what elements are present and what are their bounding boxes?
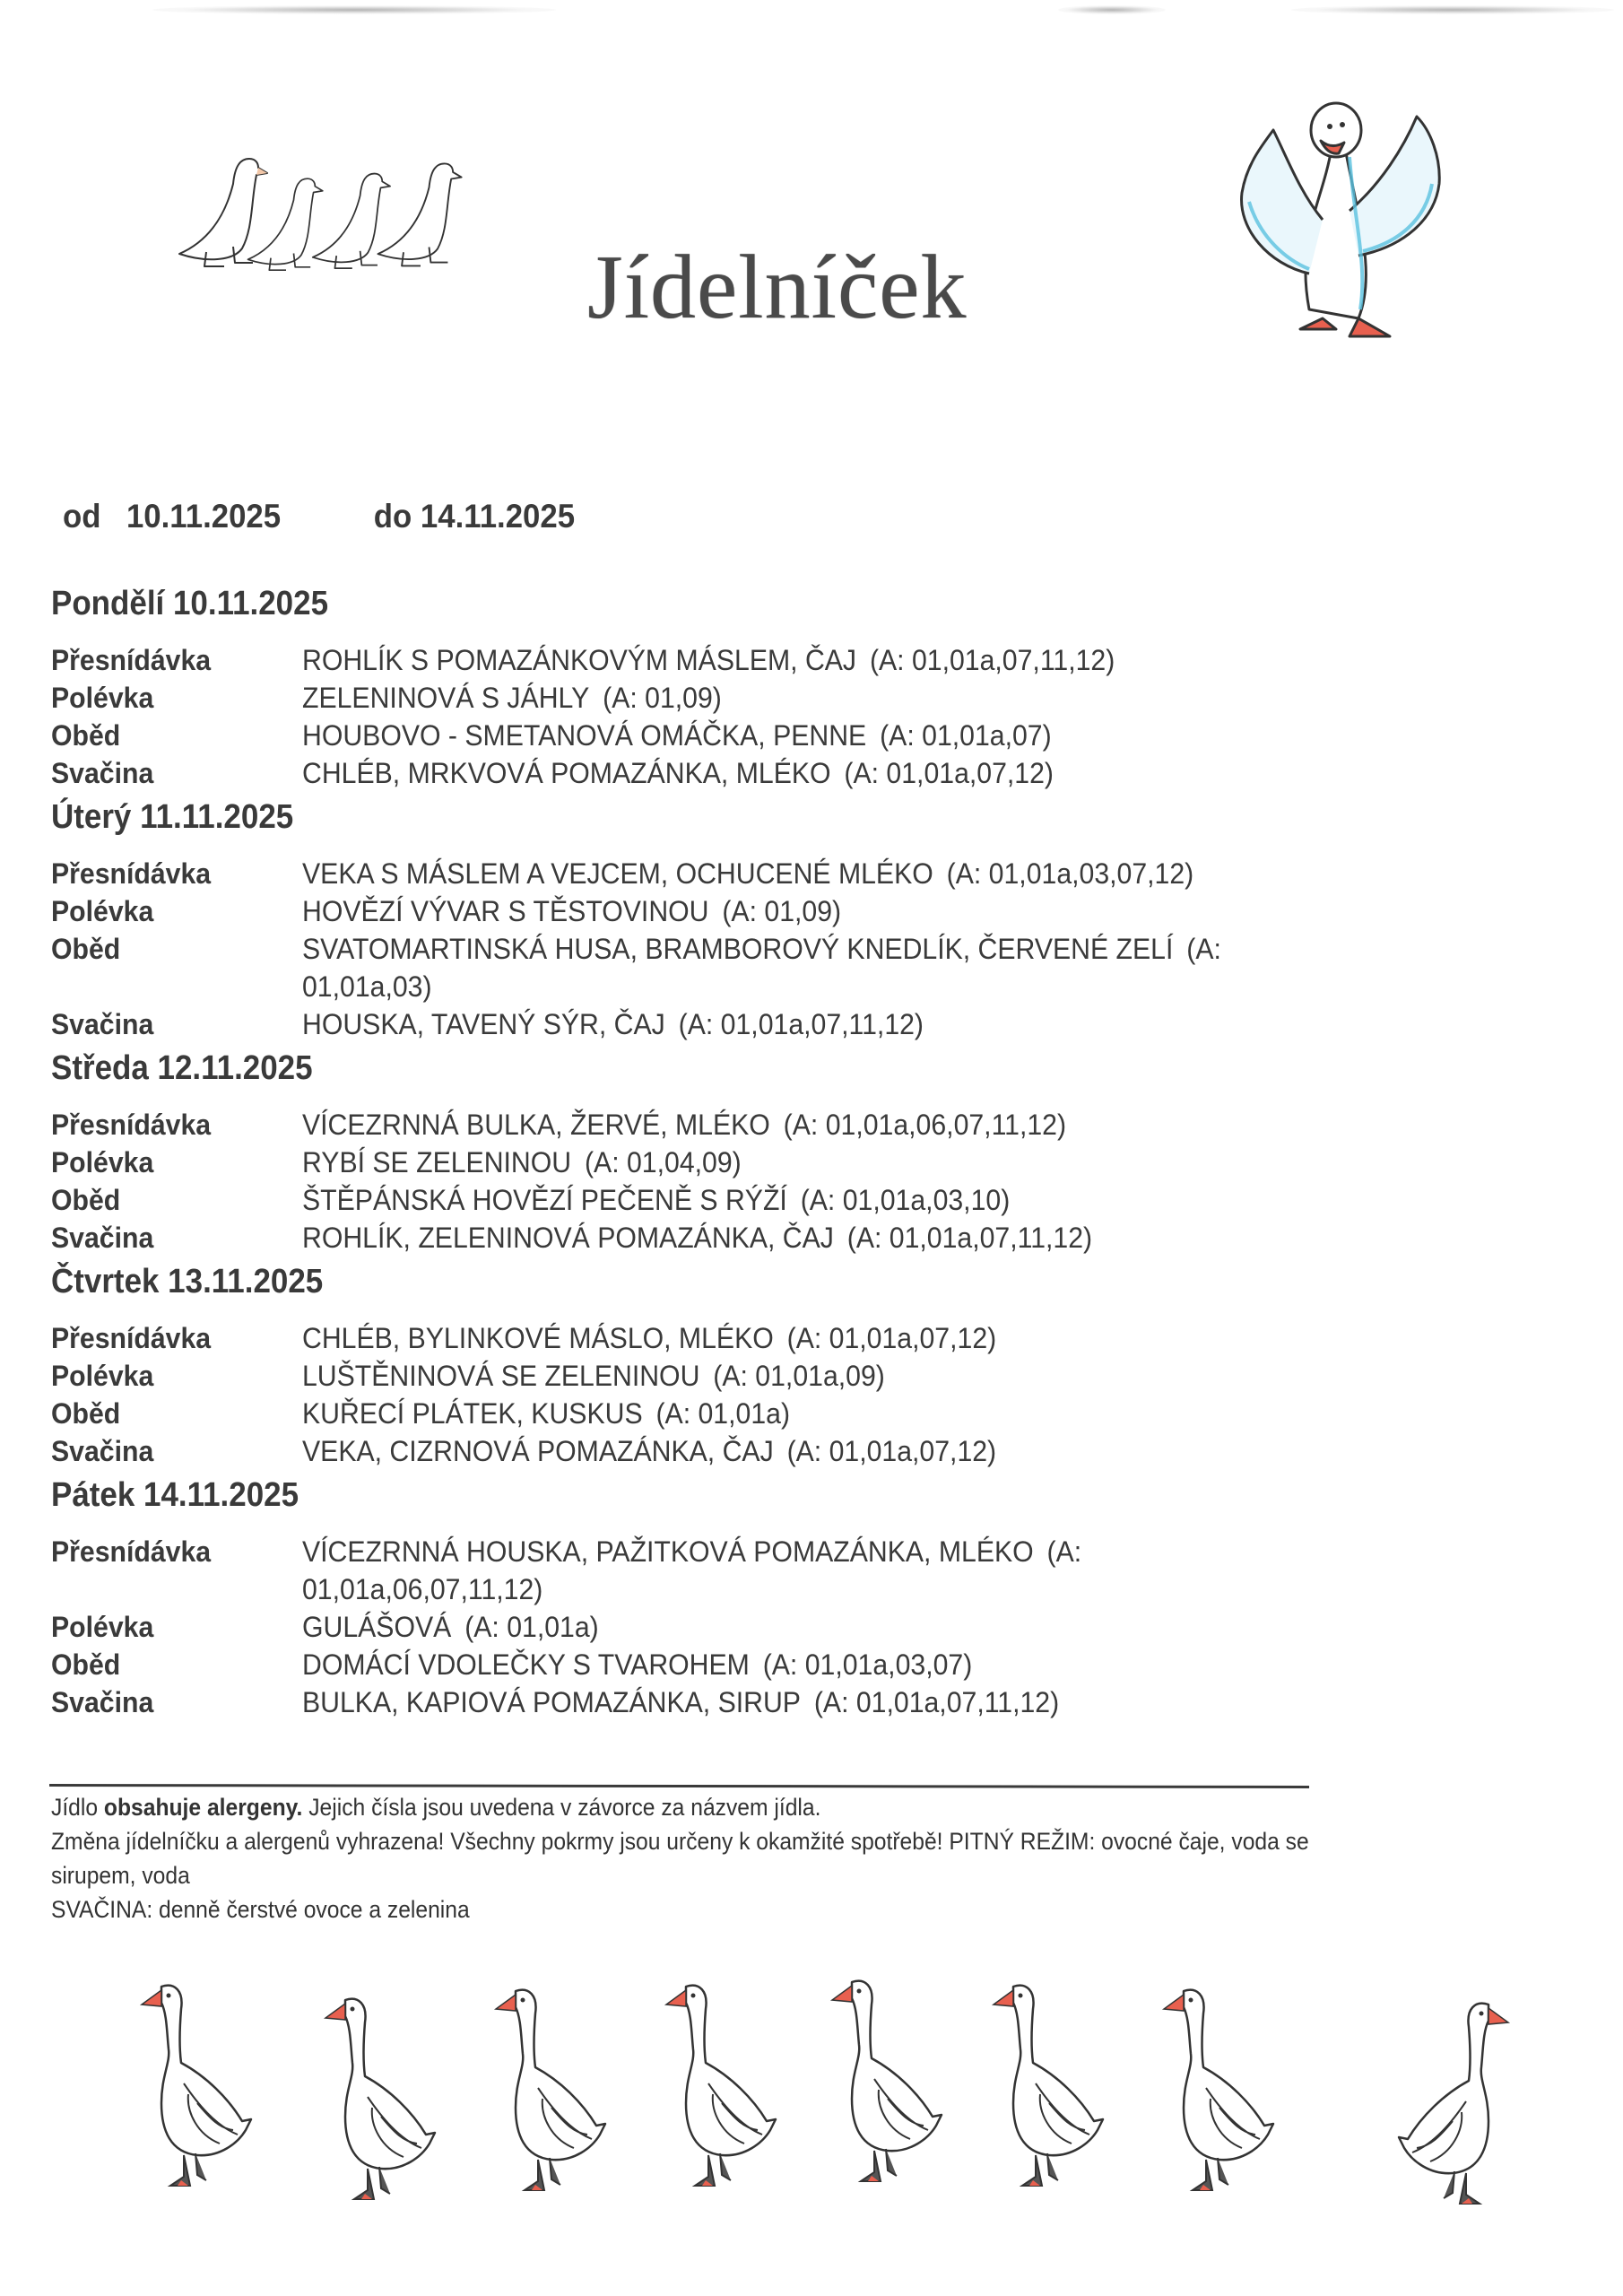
allergens: (A: 01,09) <box>722 895 841 927</box>
meal-row: PolévkaRYBÍ SE ZELENINOU(A: 01,04,09) <box>51 1144 1396 1181</box>
meal-dish: ROHLÍK S POMAZÁNKOVÝM MÁSLEM, ČAJ(A: 01,… <box>302 641 1286 679</box>
meal-dish: HOUBOVO - SMETANOVÁ OMÁČKA, PENNE(A: 01,… <box>302 717 1286 754</box>
meal-dish: ŠTĚPÁNSKÁ HOVĚZÍ PEČENĚ S RÝŽÍ(A: 01,01a… <box>302 1181 1286 1219</box>
swan-illustration-icon <box>1224 94 1457 345</box>
change-note: Změna jídelníčku a alergenů vyhrazena! V… <box>51 1824 1335 1892</box>
period-to-date: 14.11.2025 <box>421 498 575 535</box>
day-heading: Čtvrtek 13.11.2025 <box>51 1257 1289 1307</box>
meal-row: ObědDOMÁCÍ VDOLEČKY S TVAROHEM(A: 01,01a… <box>51 1646 1396 1683</box>
meal-row: ObědKUŘECÍ PLÁTEK, KUSKUS(A: 01,01a) <box>51 1395 1396 1432</box>
meal-row: PolévkaLUŠTĚNINOVÁ SE ZELENINOU(A: 01,01… <box>51 1357 1396 1395</box>
scan-edge-shadow <box>1291 5 1614 14</box>
meal-dish: ZELENINOVÁ S JÁHLY(A: 01,09) <box>302 679 1286 717</box>
meal-label: Svačina <box>51 1432 284 1470</box>
meal-row: PolévkaZELENINOVÁ S JÁHLY(A: 01,09) <box>51 679 1396 717</box>
period-to-label: do <box>374 498 412 535</box>
allergens: (A: 01,01a) <box>655 1397 790 1430</box>
ducks-illustration-icon <box>170 148 475 283</box>
meal-label: Polévka <box>51 892 284 930</box>
day-heading: Pátek 14.11.2025 <box>51 1470 1289 1520</box>
meal-row: ObědHOUBOVO - SMETANOVÁ OMÁČKA, PENNE(A:… <box>51 717 1396 754</box>
meal-row: SvačinaROHLÍK, ZELENINOVÁ POMAZÁNKA, ČAJ… <box>51 1219 1396 1257</box>
meal-row: PřesnídávkaCHLÉB, BYLINKOVÉ MÁSLO, MLÉKO… <box>51 1319 1396 1357</box>
meal-dish: LUŠTĚNINOVÁ SE ZELENINOU(A: 01,01a,09) <box>302 1357 1286 1395</box>
meal-label: Svačina <box>51 1219 284 1257</box>
allergens: (A: 01,01a,07) <box>880 719 1052 752</box>
day-heading: Pondělí 10.11.2025 <box>51 578 1289 629</box>
meal-label: Přesnídávka <box>51 641 284 679</box>
meal-row: PolévkaHOVĚZÍ VÝVAR S TĚSTOVINOU(A: 01,0… <box>51 892 1396 930</box>
meal-row: SvačinaHOUSKA, TAVENÝ SÝR, ČAJ(A: 01,01a… <box>51 1005 1396 1043</box>
meal-dish: BULKA, KAPIOVÁ POMAZÁNKA, SIRUP(A: 01,01… <box>302 1683 1286 1721</box>
meal-dish: CHLÉB, BYLINKOVÉ MÁSLO, MLÉKO(A: 01,01a,… <box>302 1319 1286 1357</box>
allergens: (A: 01,09) <box>603 682 722 714</box>
allergens: (A: 01,01a,07,11,12) <box>679 1008 924 1040</box>
day-heading: Středa 12.11.2025 <box>51 1043 1289 1093</box>
weekly-menu: Pondělí 10.11.2025 PřesnídávkaROHLÍK S P… <box>51 578 1396 1721</box>
meal-label: Přesnídávka <box>51 1533 284 1608</box>
day-section-friday: Pátek 14.11.2025 PřesnídávkaVÍCEZRNNÁ HO… <box>51 1470 1396 1721</box>
meal-label: Oběd <box>51 1181 284 1219</box>
scan-edge-shadow <box>152 5 556 14</box>
meal-dish: HOUSKA, TAVENÝ SÝR, ČAJ(A: 01,01a,07,11,… <box>302 1005 1286 1043</box>
meal-row: ObědŠTĚPÁNSKÁ HOVĚZÍ PEČENĚ S RÝŽÍ(A: 01… <box>51 1181 1396 1219</box>
period-from-label: od <box>63 498 100 535</box>
meal-dish: VÍCEZRNNÁ BULKA, ŽERVÉ, MLÉKO(A: 01,01a,… <box>302 1106 1286 1144</box>
allergens: (A: 01,04,09) <box>585 1146 742 1178</box>
meal-dish: VEKA S MÁSLEM A VEJCEM, OCHUCENÉ MLÉKO(A… <box>302 855 1286 892</box>
allergens: (A: 01,01a,07,12) <box>787 1435 997 1467</box>
day-section-monday: Pondělí 10.11.2025 PřesnídávkaROHLÍK S P… <box>51 578 1396 792</box>
meal-dish: VEKA, CIZRNOVÁ POMAZÁNKA, ČAJ(A: 01,01a,… <box>302 1432 1286 1470</box>
meal-label: Oběd <box>51 930 284 1005</box>
allergens: (A: 01,01a,06,07,11,12) <box>784 1109 1066 1141</box>
allergens: (A: 01,01a,03,07,12) <box>947 857 1194 890</box>
allergens: (A: 01,01a,07,11,12) <box>870 644 1115 676</box>
allergens: (A: 01,01a) <box>464 1611 599 1643</box>
allergens: (A: 01,01a,09) <box>713 1360 885 1392</box>
meal-dish: CHLÉB, MRKVOVÁ POMAZÁNKA, MLÉKO(A: 01,01… <box>302 754 1286 792</box>
allergens: (A: 01,01a,03,07) <box>763 1648 973 1681</box>
meal-row: PolévkaGULÁŠOVÁ(A: 01,01a) <box>51 1608 1396 1646</box>
day-section-thursday: Čtvrtek 13.11.2025 PřesnídávkaCHLÉB, BYL… <box>51 1257 1396 1470</box>
meal-dish: RYBÍ SE ZELENINOU(A: 01,04,09) <box>302 1144 1286 1181</box>
day-section-tuesday: Úterý 11.11.2025 PřesnídávkaVEKA S MÁSLE… <box>51 792 1396 1043</box>
meal-label: Oběd <box>51 1646 284 1683</box>
meal-dish: KUŘECÍ PLÁTEK, KUSKUS(A: 01,01a) <box>302 1395 1286 1432</box>
allergens: (A: 01,01a,07,11,12) <box>814 1686 1059 1718</box>
allergens: (A: 01,01a,03,10) <box>801 1184 1011 1216</box>
meal-dish: DOMÁCÍ VDOLEČKY S TVAROHEM(A: 01,01a,03,… <box>302 1646 1286 1683</box>
meal-dish: VÍCEZRNNÁ HOUSKA, PAŽITKOVÁ POMAZÁNKA, M… <box>302 1533 1286 1608</box>
meal-dish: ROHLÍK, ZELENINOVÁ POMAZÁNKA, ČAJ(A: 01,… <box>302 1219 1286 1257</box>
snack-note: SVAČINA: denně čerstvé ovoce a zelenina <box>51 1892 1302 1926</box>
meal-dish: SVATOMARTINSKÁ HUSA, BRAMBOROVÝ KNEDLÍK,… <box>302 930 1286 1005</box>
meal-dish: GULÁŠOVÁ(A: 01,01a) <box>302 1608 1286 1646</box>
allergens: (A: 01,01a,07,12) <box>844 757 1054 789</box>
meal-label: Přesnídávka <box>51 855 284 892</box>
meal-row: SvačinaVEKA, CIZRNOVÁ POMAZÁNKA, ČAJ(A: … <box>51 1432 1396 1470</box>
page-title: Jídelníček <box>587 235 1089 340</box>
allergens: (A: 01,01a,07,12) <box>787 1322 997 1354</box>
meal-row: PřesnídávkaVÍCEZRNNÁ HOUSKA, PAŽITKOVÁ P… <box>51 1533 1396 1608</box>
geese-illustration-icon <box>135 1978 1533 2211</box>
meal-label: Polévka <box>51 679 284 717</box>
meal-dish: HOVĚZÍ VÝVAR S TĚSTOVINOU(A: 01,09) <box>302 892 1286 930</box>
meal-row: PřesnídávkaVÍCEZRNNÁ BULKA, ŽERVÉ, MLÉKO… <box>51 1106 1396 1144</box>
meal-row: PřesnídávkaROHLÍK S POMAZÁNKOVÝM MÁSLEM,… <box>51 641 1396 679</box>
scan-edge-shadow <box>1058 5 1166 14</box>
day-section-wednesday: Středa 12.11.2025 PřesnídávkaVÍCEZRNNÁ B… <box>51 1043 1396 1257</box>
menu-period: od 10.11.2025 do 14.11.2025 <box>63 498 575 535</box>
period-from-date: 10.11.2025 <box>126 498 281 535</box>
meal-label: Svačina <box>51 1005 284 1043</box>
allergen-note: Jídlo obsahuje alergeny. Jejich čísla js… <box>51 1790 1302 1824</box>
meal-label: Svačina <box>51 1683 284 1721</box>
day-heading: Úterý 11.11.2025 <box>51 792 1289 842</box>
divider <box>49 1784 1309 1788</box>
meal-label: Přesnídávka <box>51 1319 284 1357</box>
meal-row: SvačinaCHLÉB, MRKVOVÁ POMAZÁNKA, MLÉKO(A… <box>51 754 1396 792</box>
meal-label: Polévka <box>51 1357 284 1395</box>
meal-label: Svačina <box>51 754 284 792</box>
meal-row: SvačinaBULKA, KAPIOVÁ POMAZÁNKA, SIRUP(A… <box>51 1683 1396 1721</box>
meal-label: Oběd <box>51 717 284 754</box>
meal-label: Přesnídávka <box>51 1106 284 1144</box>
meal-label: Oběd <box>51 1395 284 1432</box>
meal-label: Polévka <box>51 1608 284 1646</box>
meal-label: Polévka <box>51 1144 284 1181</box>
meal-row: PřesnídávkaVEKA S MÁSLEM A VEJCEM, OCHUC… <box>51 855 1396 892</box>
meal-row: ObědSVATOMARTINSKÁ HUSA, BRAMBOROVÝ KNED… <box>51 930 1396 1005</box>
footer-notes: Jídlo obsahuje alergeny. Jejich čísla js… <box>51 1790 1396 1926</box>
allergens: (A: 01,01a,07,11,12) <box>847 1222 1092 1254</box>
